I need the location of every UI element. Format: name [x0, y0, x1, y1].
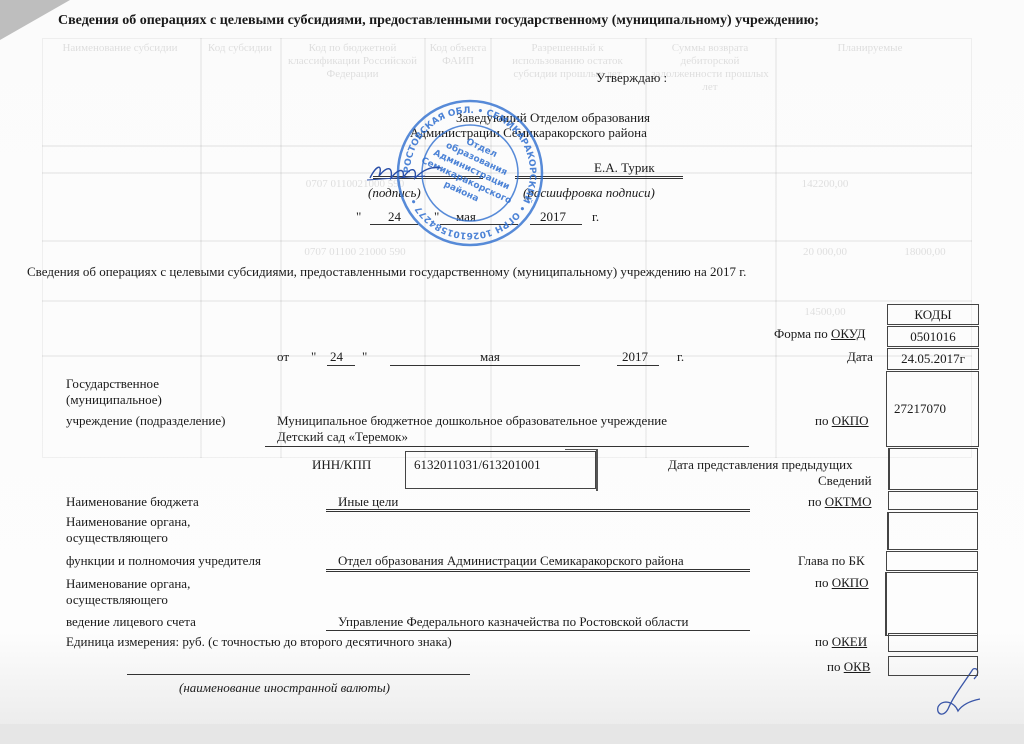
okei-prefix: по [815, 634, 832, 649]
inn-kpp-label: ИНН/КПП [312, 457, 371, 472]
inn-kpp-value: 6132011031/613201001 [414, 457, 541, 473]
ghost-header-4: Код объекта ФАИП [428, 42, 488, 68]
code-okud-field: 0501016 [887, 326, 979, 347]
account-underline [326, 630, 750, 631]
form-date-open-quote: " [311, 349, 316, 364]
founder-underline [326, 569, 750, 572]
okv-link[interactable]: ОКВ [844, 659, 871, 674]
form-date-year: 2017 [622, 349, 648, 364]
okpo2-link[interactable]: ОКПО [832, 575, 869, 590]
institution-label-2: (муниципальное) [66, 392, 162, 407]
code-date-field: 24.05.2017г [887, 348, 979, 370]
code-date-value: 24.05.2017г [901, 351, 965, 367]
code-okpo-value: 27217070 [894, 401, 946, 417]
okpo-link[interactable]: ОКПО [832, 413, 869, 428]
ghost-value-3: 142200,00 [780, 178, 870, 191]
top-heading: Сведения об операциях с целевыми субсиди… [58, 13, 819, 28]
code-glava-bk-field [886, 551, 978, 571]
okv-prefix: по [827, 659, 844, 674]
code-label-okpo: по ОКПО [815, 413, 869, 428]
account-label-2: осуществляющего [66, 592, 168, 607]
code-oktmo-field [888, 491, 978, 510]
code-label-okv: по ОКВ [827, 659, 870, 674]
unit-label: Единица измерения: руб. (с точностью до … [66, 634, 452, 649]
form-year-underline [617, 365, 659, 366]
account-value: Управление Федерального казначейства по … [338, 614, 689, 629]
document-page: Наименование субсидии Код субсидии Код п… [0, 0, 1024, 744]
codes-header: КОДЫ [887, 304, 979, 325]
institution-value-line2: Детский сад «Теремок» [277, 429, 408, 444]
okud-link[interactable]: ОКУД [831, 326, 866, 341]
currency-caption: (наименование иностранной валюты) [179, 680, 390, 695]
code-label-oktmo: по ОКТМО [808, 494, 872, 509]
okpo2-prefix: по [815, 575, 832, 590]
form-date-prefix: от [277, 349, 289, 364]
budget-value: Иные цели [338, 494, 398, 509]
code-founder-extra-field [887, 512, 978, 550]
ghost-value-6: 14500,00 [780, 306, 870, 319]
budget-label: Наименование бюджета [66, 494, 199, 509]
budget-underline [326, 509, 750, 512]
ghost-header-2: Код субсидии [205, 42, 275, 55]
code-label-prev-date-1: Дата представления предыдущих [668, 457, 853, 472]
form-date-suffix: г. [677, 349, 684, 364]
code-okpo-field: 27217070 [886, 371, 979, 447]
code-okud-value: 0501016 [910, 329, 956, 345]
handwritten-signature-icon [365, 160, 445, 186]
form-date-month: мая [480, 349, 500, 364]
oktmo-link[interactable]: ОКТМО [825, 494, 872, 509]
ghost-header-6: Суммы возврата дебиторской задолженности… [650, 42, 770, 94]
institution-underline [265, 446, 749, 447]
okei-link[interactable]: ОКЕИ [832, 634, 867, 649]
year-suffix: г. [592, 209, 599, 224]
inn-kpp-box-shadow [565, 449, 598, 491]
approve-label: Утверждаю : [596, 70, 667, 85]
main-title: Сведения об операциях с целевыми субсиди… [27, 264, 746, 279]
code-label-glava-bk: Глава по БК [798, 553, 865, 568]
ghost-header-1: Наименование субсидии [50, 42, 190, 55]
institution-label-1: Государственное [66, 376, 159, 391]
scan-bottom-edge [0, 724, 1024, 744]
currency-underline [127, 674, 470, 675]
date-open-quote: " [356, 209, 361, 224]
code-label-okei: по ОКЕИ [815, 634, 867, 649]
code-label-date: Дата [847, 349, 873, 364]
okud-prefix: Форма по [774, 326, 831, 341]
founder-label-2: осуществляющего [66, 530, 168, 545]
code-okv-field [888, 656, 978, 676]
account-label-3: ведение лицевого счета [66, 614, 196, 629]
code-okei-field [888, 633, 978, 652]
okpo-prefix: по [815, 413, 832, 428]
founder-value: Отдел образования Администрации Семикара… [338, 553, 684, 568]
oktmo-prefix: по [808, 494, 825, 509]
ghost-header-3: Код по бюджетной классификации Российско… [285, 42, 420, 81]
form-month-underline [390, 365, 580, 366]
account-label-1: Наименование органа, [66, 576, 190, 591]
ghost-value-5: 18000,00 [880, 246, 970, 259]
code-okpo2-field [885, 572, 978, 636]
form-date-day: 24 [330, 349, 343, 364]
code-prev-date-field [888, 448, 978, 490]
approver-name: Е.А. Турик [594, 160, 655, 175]
institution-value-line1: Муниципальное бюджетное дошкольное образ… [277, 413, 667, 428]
form-day-underline [327, 365, 355, 366]
code-label-prev-date-2: Сведений [818, 473, 872, 488]
founder-label-3: функции и полномочия учредителя [66, 553, 261, 568]
code-label-okpo-2: по ОКПО [815, 575, 869, 590]
code-label-okud: Форма по ОКУД [774, 326, 866, 341]
ghost-value-4: 20 000,00 [780, 246, 870, 259]
form-date-close-quote: " [362, 349, 367, 364]
institution-label-3: учреждение (подразделение) [66, 413, 225, 428]
founder-label-1: Наименование органа, [66, 514, 190, 529]
codes-header-label: КОДЫ [914, 307, 951, 323]
ghost-header-7: Планируемые [780, 42, 960, 55]
